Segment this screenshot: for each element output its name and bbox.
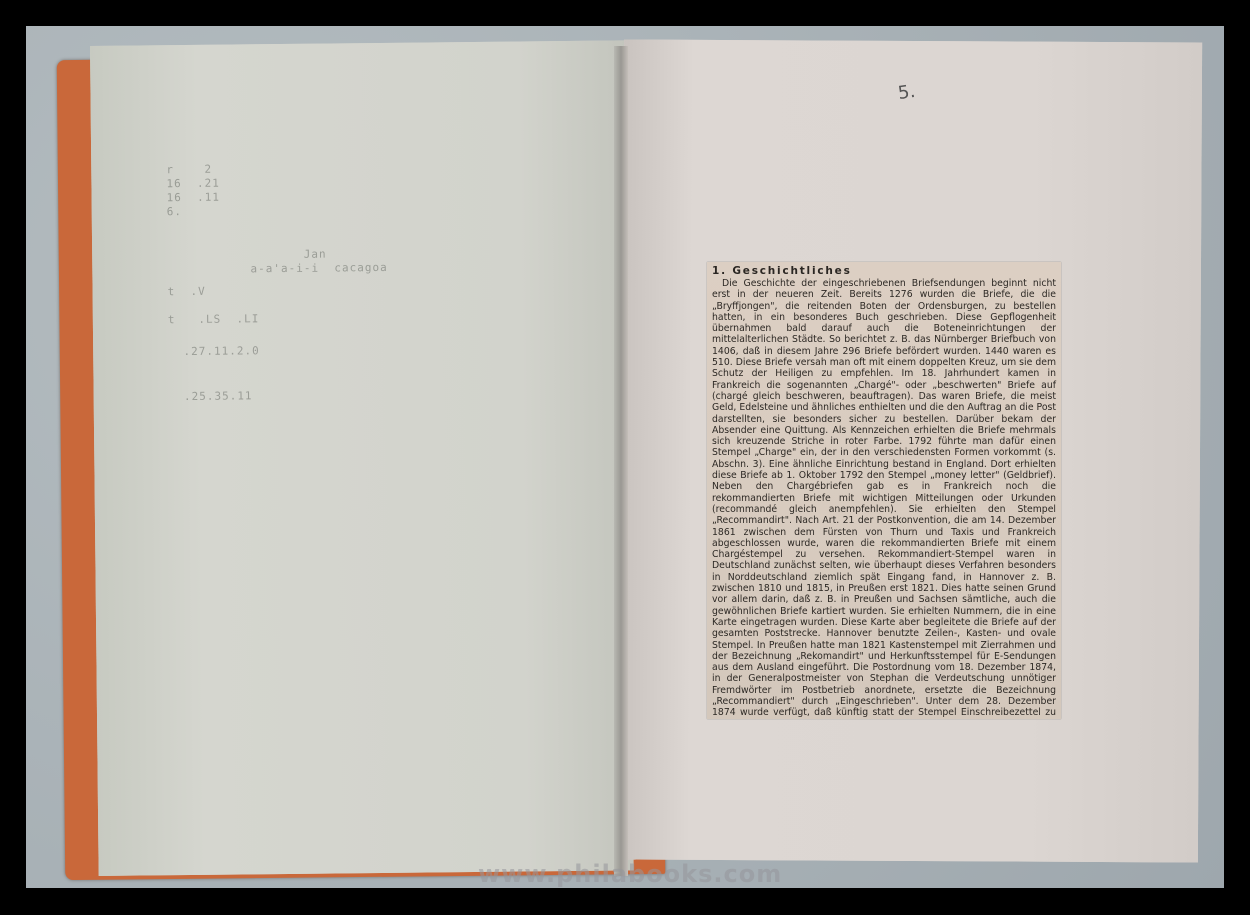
ghost-text: r 2 <box>166 163 212 176</box>
ghost-text: .27.11.2.0 <box>168 344 260 358</box>
ghost-text: t .V <box>168 285 206 298</box>
clipping-heading: 1. Geschichtliches <box>712 265 1056 277</box>
ghost-text: a-a'a-i-i cacagoa <box>212 261 387 276</box>
newspaper-clipping: 1. Geschichtliches Die Geschichte der ei… <box>707 262 1061 719</box>
ghost-text: 16 .11 <box>167 191 220 205</box>
left-page: r 2 16 .21 16 .11 6. Jan a-a'a-i-i cacag… <box>90 40 634 876</box>
ghost-text: 16 .21 <box>166 177 219 191</box>
ghost-text: Jan <box>212 248 326 262</box>
photograph: r 2 16 .21 16 .11 6. Jan a-a'a-i-i cacag… <box>26 26 1224 888</box>
ghost-text: .25.35.11 <box>169 389 253 403</box>
watermark: www.philabooks.com <box>478 860 782 888</box>
handwritten-page-number: 5. <box>897 81 917 104</box>
ghost-text: t .LS .LI <box>168 312 260 326</box>
clipping-body: Die Geschichte der eingeschriebenen Brie… <box>712 278 1056 719</box>
book-gutter <box>614 46 628 876</box>
ghost-text: 6. <box>167 205 182 218</box>
